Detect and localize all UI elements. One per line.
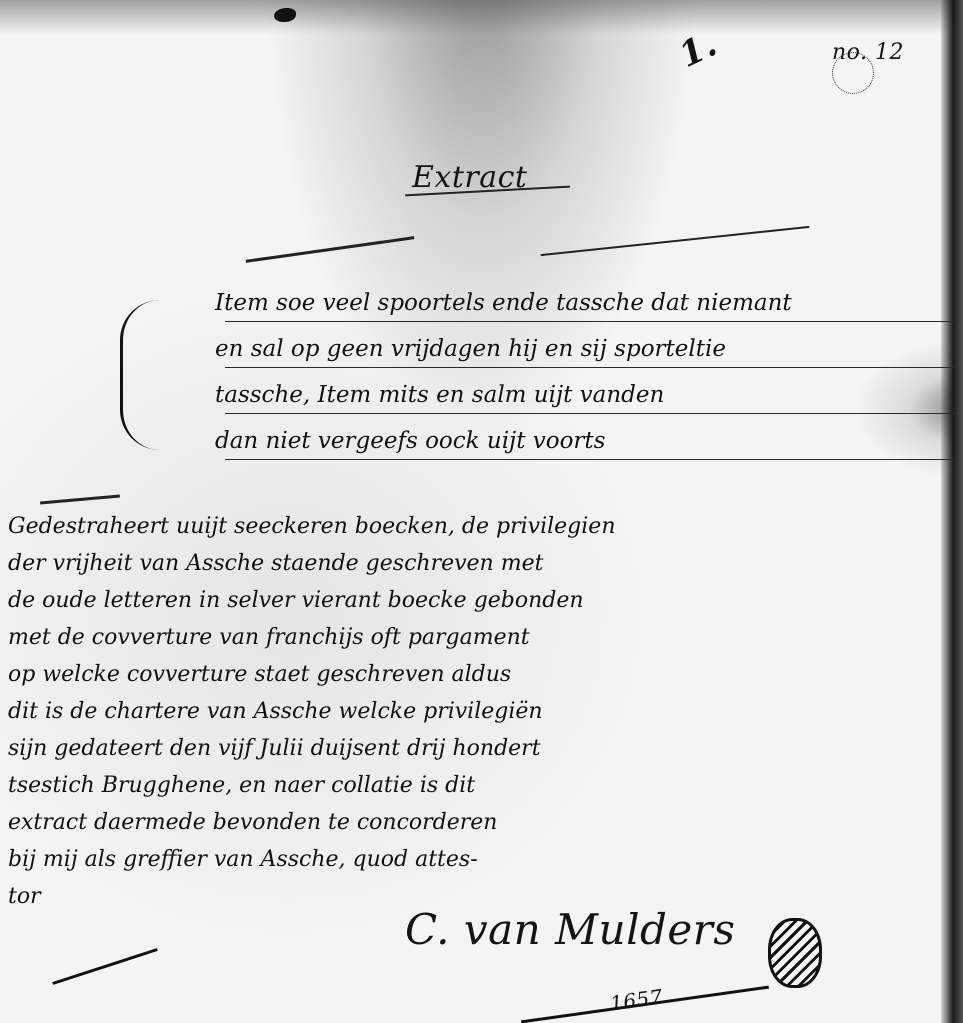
folio-circle-mark xyxy=(832,52,874,94)
body-line: de oude letteren in selver vierant boeck… xyxy=(8,582,948,619)
flourish-stroke xyxy=(246,236,415,263)
page-top-shadow xyxy=(0,0,963,34)
signature: C. van Mulders xyxy=(405,905,735,954)
underline-rule xyxy=(225,321,955,323)
underline-rule xyxy=(225,413,955,415)
item-paragraph: Item soe veel spoortels ende tassche dat… xyxy=(215,280,955,464)
body-line: bij mij als greffier van Assche, quod at… xyxy=(8,841,948,878)
flourish-stroke xyxy=(40,495,120,505)
underline-rule xyxy=(225,367,955,369)
item-line: dan niet vergeefs oock uijt voorts xyxy=(215,418,955,464)
body-line: met de covverture van franchijs oft parg… xyxy=(8,619,948,656)
body-line: Gedestraheert uuijt seeckeren boecken, d… xyxy=(8,508,948,545)
body-line: extract daermede bevonden te concorderen xyxy=(8,804,948,841)
item-line: tassche, Item mits en salm uijt vanden xyxy=(215,372,955,418)
item-line: en sal op geen vrijdagen hij en sij spor… xyxy=(215,326,955,372)
underline-rule xyxy=(225,459,955,461)
flourish-stroke xyxy=(541,226,810,256)
margin-flourish xyxy=(52,948,158,985)
document-page: 1. no. 12 Extract Item soe veel spoortel… xyxy=(0,0,963,1023)
body-line: sijn gedateert den vijf Julii duijsent d… xyxy=(8,730,948,767)
body-line: op welcke covverture staet geschreven al… xyxy=(8,656,948,693)
document-year: 1657 xyxy=(609,984,665,1015)
body-line: der vrijheit van Assche staende geschrev… xyxy=(8,545,948,582)
body-paragraph: Gedestraheert uuijt seeckeren boecken, d… xyxy=(8,508,948,915)
body-line: dit is de chartere van Assche welcke pri… xyxy=(8,693,948,730)
signature-paraph-mark xyxy=(768,918,822,988)
body-line: tsestich Brugghene, en naer collatie is … xyxy=(8,767,948,804)
item-brace-mark xyxy=(120,300,183,450)
item-line: Item soe veel spoortels ende tassche dat… xyxy=(215,280,955,326)
